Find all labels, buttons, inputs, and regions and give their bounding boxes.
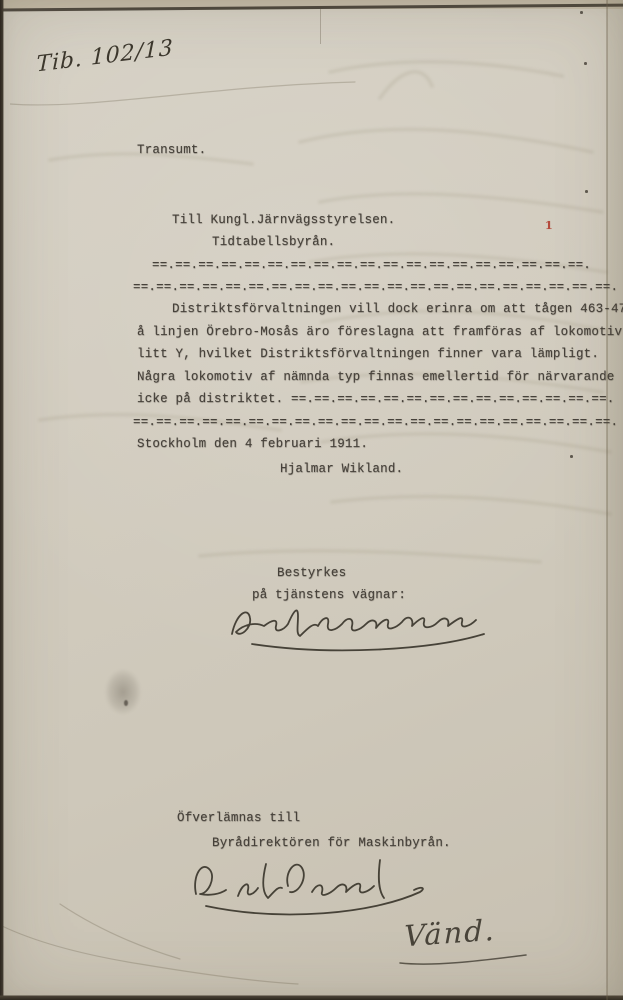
body-line: å linjen Örebro-Mosås äro föreslagna att… <box>137 325 622 339</box>
separator-row: ==.==.==.==.==.==.==.==.==.==.==.==.==.=… <box>133 415 618 429</box>
page-edge-bottom <box>0 995 623 1000</box>
scanned-letter-page: Tib. 102/13 Transumt. Till Kungl.Järnväg… <box>0 0 623 1000</box>
separator-row: ==.==.==.==.==.==.==.==.==.==.==.==.==.=… <box>133 280 618 294</box>
ink-speck <box>580 11 583 14</box>
body-line: icke på distriktet. ==.==.==.==.==.==.==… <box>137 392 614 406</box>
ink-speck <box>570 455 573 458</box>
handwritten-signature-forwarder <box>182 852 442 916</box>
body-line: Distriktsförvaltningen vill dock erinra … <box>172 302 623 316</box>
typed-signature-name: Hjalmar Wikland. <box>280 462 403 476</box>
document-title: Transumt. <box>137 143 206 157</box>
handwritten-note-vand: Vänd. <box>404 913 496 954</box>
recipient-line-2: Tidtabellsbyrån. <box>212 235 335 249</box>
dateline: Stockholm den 4 februari 1911. <box>137 437 368 451</box>
ink-speck <box>584 62 587 65</box>
forwarding-line-2: Byrådirektören för Maskinbyrån. <box>212 836 451 850</box>
ink-smudge <box>100 663 146 721</box>
ink-speck <box>585 190 588 193</box>
body-line: litt Y, hvilket Distriktsförvaltningen f… <box>137 347 599 361</box>
page-fold-right-shade <box>607 0 623 1000</box>
crease-line-bottom <box>0 902 300 998</box>
handwritten-note-underline <box>398 952 530 968</box>
crease-line-top <box>10 78 360 112</box>
ink-smudge-dot <box>124 700 128 706</box>
red-ink-mark: 1 <box>545 219 553 232</box>
certification-heading: Bestyrkes <box>277 566 346 580</box>
handwritten-signature-certifier <box>222 594 502 656</box>
page-edge-left <box>0 0 4 1000</box>
forwarding-line-1: Öfverlämnas till <box>177 811 300 825</box>
scan-vignette <box>0 0 623 1000</box>
body-line: Några lokomotiv af nämnda typ finnas eme… <box>137 370 614 384</box>
separator-row: ==.==.==.==.==.==.==.==.==.==.==.==.==.=… <box>152 258 591 272</box>
crease-line-vertical <box>320 6 321 44</box>
archival-reference-note: Tib. 102/13 <box>36 35 174 77</box>
bleedthrough-handwriting <box>0 0 623 1000</box>
recipient-line-1: Till Kungl.Järnvägsstyrelsen. <box>172 213 395 227</box>
